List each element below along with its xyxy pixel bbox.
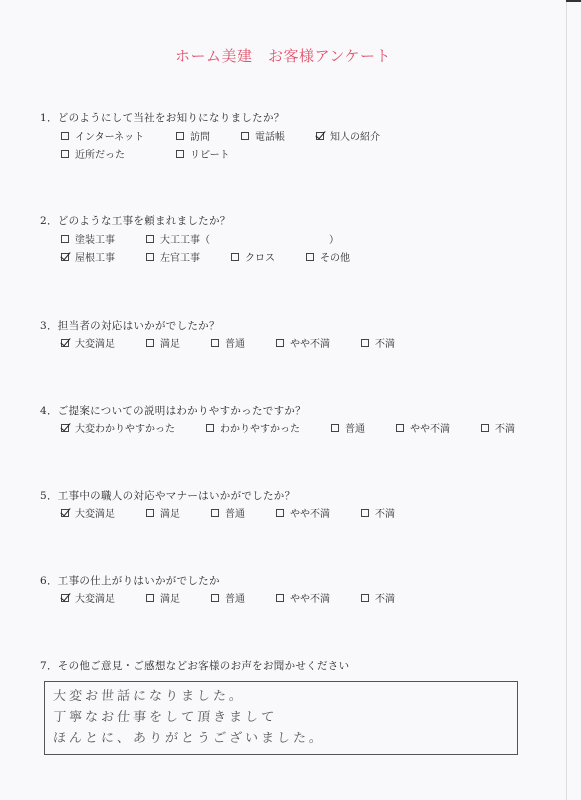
option-label: 電話帳 [255, 128, 285, 143]
option-label: 不満 [375, 505, 395, 520]
checked-checkbox-icon[interactable] [61, 594, 69, 602]
option-label: やや不満 [290, 505, 330, 520]
checkbox-icon[interactable] [276, 594, 284, 602]
checkbox-icon[interactable] [231, 253, 239, 261]
comment-line-2: 丁寧なお仕事をして頂きまして [52, 707, 509, 728]
option-label: 普通 [225, 590, 245, 605]
checkbox-icon[interactable] [361, 339, 369, 347]
q1-option-internet[interactable]: インターネット [61, 128, 144, 143]
question-4: 4．ご提案についての説明はわかりやすかったですか？ [40, 403, 306, 418]
option-label: 大工工事（ [160, 231, 210, 246]
option-label: やや不満 [410, 420, 450, 435]
option-label: インターネット [75, 128, 144, 143]
checkbox-icon[interactable] [146, 594, 154, 602]
option-label: 大変満足 [75, 590, 115, 605]
option-label: 不満 [375, 335, 395, 350]
q6-option-somewhat-dissatisfied[interactable]: やや不満 [276, 590, 330, 605]
checkbox-icon[interactable] [396, 424, 404, 432]
option-label: 訪問 [190, 128, 210, 143]
page-edge-corner [566, 0, 581, 2]
q6-option-dissatisfied[interactable]: 不満 [361, 590, 395, 605]
option-label: 満足 [160, 590, 180, 605]
checkbox-icon[interactable] [146, 339, 154, 347]
q4-option-neutral[interactable]: 普通 [331, 420, 365, 435]
checked-checkbox-icon[interactable] [61, 253, 69, 261]
option-label: やや不満 [290, 590, 330, 605]
q5-option-satisfied[interactable]: 満足 [146, 505, 180, 520]
q5-option-somewhat-dissatisfied[interactable]: やや不満 [276, 505, 330, 520]
q4-option-very-clear[interactable]: 大変わかりやすかった [61, 420, 175, 435]
comment-line-1: 大変お世話になりました。 [52, 686, 509, 707]
option-label: 塗装工事 [75, 231, 115, 246]
q1-option-referral[interactable]: 知人の紹介 [316, 128, 380, 143]
q4-option-dissatisfied[interactable]: 不満 [481, 420, 515, 435]
checkbox-icon[interactable] [276, 339, 284, 347]
option-label: わかりやすかった [220, 420, 300, 435]
checkbox-icon[interactable] [146, 235, 154, 243]
comment-line-3: ほんとに、ありがとうございました。 [52, 728, 509, 749]
page-edge [566, 0, 567, 800]
option-label: クロス [245, 249, 275, 264]
close-paren: ） [329, 231, 339, 246]
option-label: 不満 [375, 590, 395, 605]
q6-option-very-satisfied[interactable]: 大変満足 [61, 590, 115, 605]
checkbox-icon[interactable] [211, 594, 219, 602]
survey-title: ホーム美建 お客様アンケート [0, 45, 566, 66]
checkbox-icon[interactable] [176, 132, 184, 140]
checkbox-icon[interactable] [146, 253, 154, 261]
option-label: 不満 [495, 420, 515, 435]
checkbox-icon[interactable] [361, 509, 369, 517]
checkbox-icon[interactable] [241, 132, 249, 140]
checkbox-icon[interactable] [276, 509, 284, 517]
option-label: 普通 [225, 335, 245, 350]
checkbox-icon[interactable] [331, 424, 339, 432]
option-label: 大変満足 [75, 335, 115, 350]
q5-option-dissatisfied[interactable]: 不満 [361, 505, 395, 520]
option-label: その他 [320, 249, 350, 264]
option-label: 満足 [160, 505, 180, 520]
q2-option-carpentry[interactable]: 大工工事（ [146, 231, 210, 246]
option-label: やや不満 [290, 335, 330, 350]
checkbox-icon[interactable] [61, 132, 69, 140]
q6-option-satisfied[interactable]: 満足 [146, 590, 180, 605]
checkbox-icon[interactable] [61, 235, 69, 243]
checked-checkbox-icon[interactable] [316, 132, 324, 140]
checkbox-icon[interactable] [206, 424, 214, 432]
option-label: 大変わかりやすかった [75, 420, 175, 435]
question-5: 5．工事中の職人の対応やマナーはいかがでしたか？ [40, 488, 295, 503]
question-6: 6．工事の仕上がりはいかがでしたか [40, 573, 220, 588]
q4-option-somewhat-dissatisfied[interactable]: やや不満 [396, 420, 450, 435]
q3-option-neutral[interactable]: 普通 [211, 335, 245, 350]
option-label: 普通 [225, 505, 245, 520]
q1-option-repeat[interactable]: リピート [176, 146, 230, 161]
checked-checkbox-icon[interactable] [61, 339, 69, 347]
q1-option-phonebook[interactable]: 電話帳 [241, 128, 285, 143]
q5-option-neutral[interactable]: 普通 [211, 505, 245, 520]
checked-checkbox-icon[interactable] [61, 509, 69, 517]
option-label: 屋根工事 [75, 249, 115, 264]
q1-option-visit[interactable]: 訪問 [176, 128, 210, 143]
checkbox-icon[interactable] [61, 150, 69, 158]
q2-option-painting[interactable]: 塗装工事 [61, 231, 115, 246]
option-label: 大変満足 [75, 505, 115, 520]
question-3: 3．担当者の対応はいかがでしたか？ [40, 318, 220, 333]
q3-option-satisfied[interactable]: 満足 [146, 335, 180, 350]
q4-option-clear[interactable]: わかりやすかった [206, 420, 300, 435]
q5-option-very-satisfied[interactable]: 大変満足 [61, 505, 115, 520]
option-label: 知人の紹介 [330, 128, 380, 143]
checkbox-icon[interactable] [146, 509, 154, 517]
q3-option-very-satisfied[interactable]: 大変満足 [61, 335, 115, 350]
checkbox-icon[interactable] [481, 424, 489, 432]
q2-option-wallpaper[interactable]: クロス [231, 249, 275, 264]
question-2: 2．どのような工事を頼まれましたか？ [40, 213, 231, 228]
option-label: リピート [190, 146, 230, 161]
checkbox-icon[interactable] [211, 509, 219, 517]
comment-box[interactable]: 大変お世話になりました。 丁寧なお仕事をして頂きまして ほんとに、ありがとうござ… [44, 681, 518, 755]
option-label: 近所だった [75, 146, 125, 161]
checkbox-icon[interactable] [211, 339, 219, 347]
q2-option-roofing[interactable]: 屋根工事 [61, 249, 115, 264]
question-1: 1．どのようにして当社をお知りになりましたか？ [40, 110, 285, 125]
checked-checkbox-icon[interactable] [61, 424, 69, 432]
q2-option-plastering[interactable]: 左官工事 [146, 249, 200, 264]
checkbox-icon[interactable] [361, 594, 369, 602]
q6-option-neutral[interactable]: 普通 [211, 590, 245, 605]
q2-option-other[interactable]: その他 [306, 249, 350, 264]
q3-option-dissatisfied[interactable]: 不満 [361, 335, 395, 350]
option-label: 普通 [345, 420, 365, 435]
option-label: 満足 [160, 335, 180, 350]
checkbox-icon[interactable] [176, 150, 184, 158]
option-label: 左官工事 [160, 249, 200, 264]
q3-option-somewhat-dissatisfied[interactable]: やや不満 [276, 335, 330, 350]
checkbox-icon[interactable] [306, 253, 314, 261]
question-7: 7．その他ご意見・ご感想などお客様のお声をお聞かせください [40, 658, 349, 673]
q1-option-neighborhood[interactable]: 近所だった [61, 146, 125, 161]
